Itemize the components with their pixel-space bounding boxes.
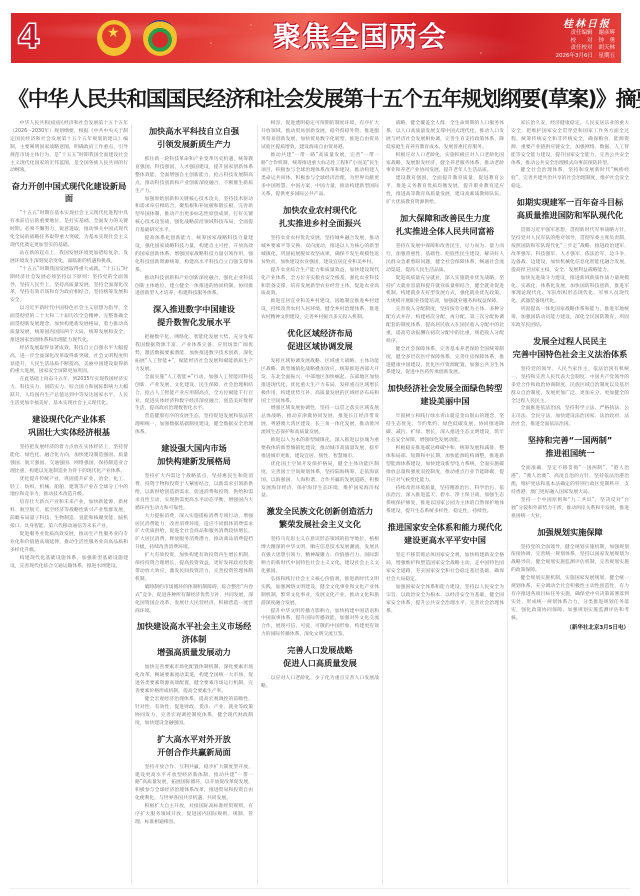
body-paragraph: 相容，促进透明稳定可预期的制度环境，有序扩大开放领域，推动贸易创新发展，稳外贸稳… bbox=[261, 120, 379, 152]
section-heading-line: 建设更高水平平安中国 bbox=[386, 534, 504, 547]
body-paragraph: 促进服务业优质高效发展，推动生产性服务业向专业化和价值链高端延伸，推动生活性服务… bbox=[10, 531, 128, 555]
credit-name: 谢彦辉 bbox=[598, 30, 615, 38]
credit-editor: 责任编辑 谢彦辉 bbox=[535, 30, 615, 38]
section-heading-line: 推进国家安全体系和能力现代化 bbox=[386, 521, 504, 534]
body-paragraph: 经济发展取得显著成效，科技自立自强水平大幅提高，进一步全面深化改革取得新突破，社… bbox=[10, 345, 128, 377]
credit-role: 责任编辑 bbox=[570, 30, 592, 38]
column-divider bbox=[131, 125, 132, 885]
body-paragraph: 巩固提高一体化国家战略体系和能力，推进军地统筹，加强国防动员能力建设，深化全民国… bbox=[511, 306, 629, 330]
section-heading: 建设强大国内市场加快构建新发展格局 bbox=[135, 442, 253, 468]
section-heading-line: 激发全民族文化创新创造活力 bbox=[261, 505, 379, 518]
text-column-3: 相容，促进透明稳定可预期的制度环境，有序扩大开放领域，推动贸易创新发展，稳外贸稳… bbox=[261, 120, 379, 691]
section-heading-line: 完善中国特色社会主义法治体系 bbox=[511, 348, 629, 361]
body-paragraph: 以习近平新时代中国特色社会主义思想为指导，全面贯彻党的二十大和二十届历次全会精神… bbox=[10, 305, 128, 345]
credit-role: 校 对 bbox=[570, 38, 592, 46]
section-heading-line: 加快高水平科技自立自强 bbox=[135, 125, 253, 138]
section-heading-line: 加快农业农村现代化 bbox=[261, 204, 379, 217]
body-paragraph: 优化国土空间开发保护格局，健全主体功能区制度，完善国土空间规划体系，坚持陆海统筹… bbox=[261, 461, 379, 501]
body-paragraph: 大力提振消费，深入实施提振消费专项行动，增强居民消费能力，改善消费环境，适应不同… bbox=[135, 513, 253, 553]
page-bottom-rule bbox=[10, 888, 630, 889]
body-paragraph: 优化提升传统产业，巩固提升矿业、冶金、化工、轻工、纺织、机械、船舶、建筑等产业在… bbox=[10, 476, 128, 500]
body-paragraph: 全面推进依法治国，坚持科学立法、严格执法、公正司法、全民守法，加快建设法治国家、… bbox=[511, 405, 629, 429]
body-paragraph: 健全社会保障体系，完善基本养老保险全国统筹制度，健全多层次医疗保障体系，完善住房… bbox=[386, 346, 504, 378]
body-paragraph: 把握数字化、网络化、智能化发展大势，充分发挥我国数据资源丰富、产业体系完备、应用… bbox=[135, 334, 253, 374]
section-heading-line: 发展全过程人民民主 bbox=[511, 335, 629, 348]
body-paragraph: 贯彻习近平强军思想，贯彻新时代军事战略方针，坚持党对人民军队的绝对领导，贯彻军委… bbox=[511, 227, 629, 274]
body-paragraph: 持续改善环境质量，坚持精准治污、科学治污、依法治污，深入推进蓝天、碧水、净土保卫… bbox=[386, 485, 504, 517]
section-heading-line: 扎实推进全体人民共同富裕 bbox=[386, 225, 504, 238]
newspaper-name: 桂林日报 bbox=[563, 15, 611, 30]
section-heading-line: 引领发展新质生产力 bbox=[135, 138, 253, 151]
body-paragraph: 中华人民共和国国民经济和社会发展第十五个五年（2026－2030年）规划纲要，根… bbox=[10, 120, 128, 175]
column-divider bbox=[257, 125, 258, 885]
section-heading-line: 完善人口发展战略 bbox=[261, 644, 379, 657]
body-paragraph: 建设教育强国，全面提升教育质量，促进教育公平，推进义务教育优质均衡发展，提升职业… bbox=[386, 175, 504, 207]
section-heading-line: 提升数智化发展水平 bbox=[135, 316, 253, 329]
body-paragraph: 构建现代化基础设施体系，加强新型基础设施建设，完善现代化综合交通运输体系，推进水… bbox=[10, 555, 128, 571]
body-paragraph: 培育壮大新兴产业和未来产业，加快新能源、新材料、航空航天、低空经济等战略性新兴产… bbox=[10, 499, 128, 531]
section-heading-line: 加快构建新发展格局 bbox=[135, 455, 253, 468]
credit-proofreader: 校 对 钟 勇 bbox=[535, 38, 615, 46]
body-paragraph: 推进以人为本的新型城镇化，深入推进以县城为重要载体的新型城镇化建设，推动城市高质… bbox=[261, 437, 379, 461]
section-heading-line: 建设美丽中国 bbox=[386, 395, 504, 408]
body-paragraph: “十五五”时期我国发展取得重大成就。“十五五”时期经济社会发展必须坚持以下原则：… bbox=[10, 266, 128, 306]
section-heading-line: 巩固壮大实体经济根基 bbox=[10, 426, 128, 439]
body-paragraph: 加快先进战斗力建设，推进新域新质作战力量规模化、实战化、体系化发展，加快国防科技… bbox=[511, 275, 629, 307]
section-heading-line: 扩大高水平对外开放 bbox=[135, 733, 253, 746]
section-heading-line: 加强规划实施保障 bbox=[511, 526, 629, 538]
body-paragraph: 积极稳妥推进碳达峰碳中和，统筹发展和减排、整体和局部、短期和中长期，加快能源结构… bbox=[386, 445, 504, 485]
section-heading-line: 如期实现建军一百年奋斗目标 bbox=[511, 196, 629, 209]
body-paragraph: 推进宜居宜业和美乡村建设，因地制宜推进乡村建设，持续改善农村人居环境，健全乡村治… bbox=[261, 298, 379, 322]
body-paragraph: 坚持一个中国原则和“九二共识”，坚决反对“台独”分裂和外部势力干涉，推动两岸关系… bbox=[511, 497, 629, 521]
body-paragraph: 推动共建“一带一路”高质量发展，完善“一带一路”合作机制，统筹推进重大标志性工程… bbox=[261, 152, 379, 199]
body-paragraph: 发挥区域协调发展战略、区域重大战略、主体功能区战略、新型城镇化战略叠加效应，统筹… bbox=[261, 358, 379, 405]
column-divider bbox=[507, 125, 508, 885]
body-paragraph: 加快完善要素市场化配置体制机制，深化要素市场化改革，畅通要素流动渠道，构建全国统… bbox=[135, 664, 253, 696]
body-paragraph: 健全规划实施机制，实施国家发展规划，健全统一规划体系，充分调动全社会积极性主动性… bbox=[511, 575, 629, 622]
body-paragraph: 促进高质量充分就业，深入实施就业优先战略，坚持扩大就业容量和提升就业质量相结合，… bbox=[386, 275, 504, 307]
body-paragraph: 坚持在发展中保障和改善民生，尽力而为、量力而行，加强普惠性、基础性、兜底性民生建… bbox=[386, 243, 504, 275]
body-paragraph: 坚持把发展经济的着力点放在实体经济上，坚持智能化、绿色化、融合化方向，加快建设制… bbox=[10, 444, 128, 476]
text-column-1: 中华人民共和国国民经济和社会发展第十五个五年（2026－2030年）规划纲要，根… bbox=[10, 120, 128, 571]
section-heading: 如期实现建军一百年奋斗目标高质量推进国防和军队现代化 bbox=[511, 196, 629, 222]
section-heading: 加快经济社会发展全面绿色转型建设美丽中国 bbox=[386, 382, 504, 408]
text-column-2: 加快高水平科技自立自强引领发展新质生产力抓住新一轮科技革命和产业变革历史机遇，统… bbox=[135, 120, 253, 827]
body-paragraph: 健全宏观经济治理体系，提高宏观调控的前瞻性、针对性、有效性，促进财政、货币、产业… bbox=[135, 696, 253, 728]
section-heading: 加快建设高水平社会主义市场经济体制增强高质量发展动力 bbox=[135, 620, 253, 659]
body-paragraph: 在此基础上再奋斗五年，到2035年实现我国经济实力、科技实力、国防实力、综合国力… bbox=[10, 376, 128, 408]
section-heading: 奋力开创中国式现代化建设新局面 bbox=[10, 180, 128, 204]
section-heading-line: 加快经济社会发展全面绿色转型 bbox=[386, 382, 504, 395]
section-heading: 发展全过程人民民主完善中国特色社会主义法治体系 bbox=[511, 335, 629, 361]
body-paragraph: 弘扬和践行社会主义核心价值观，推进新时代文明实践，加强网络文明建设，健全文化事业… bbox=[261, 576, 379, 608]
body-paragraph: 坚持农业农村优先发展，坚持城乡融合发展，推动城乡要素平等交换、双向流动，推进以人… bbox=[261, 235, 379, 267]
section-heading: 坚持和完善“一国两制”推进祖国统一 bbox=[511, 434, 629, 460]
body-paragraph: 提升中华文明传播力影响力，加快构建中国话语和中国叙事体系，提升国际传播效能，加强… bbox=[261, 608, 379, 640]
section-title: 聚焦全国两会 bbox=[273, 17, 447, 57]
section-heading-line: 建设现代化产业体系 bbox=[10, 413, 128, 426]
body-paragraph: 提升农业综合生产能力和质量效益，加快建设现代化产业体系，全方位夯实粮食安全根基，… bbox=[261, 267, 379, 299]
section-heading-line: 促进区域协调发展 bbox=[261, 340, 379, 353]
body-paragraph: 战略，健全覆盖全人群、全生命周期的人口服务体系，以人口高质量发展支撑中国式现代化… bbox=[386, 120, 504, 152]
section-heading-line: 增强高质量发展动力 bbox=[135, 646, 253, 659]
body-paragraph: 扩大有效投资，加快构建有效投资内生增长机制，保持投资合理增长，提高投资效益，更好… bbox=[135, 552, 253, 584]
column-divider bbox=[382, 125, 383, 885]
section-heading: 加快高水平科技自立自强引领发展新质生产力 bbox=[135, 125, 253, 151]
body-paragraph: 抓住新一轮科技革命和产业变革历史机遇，统筹教育强国、科技强国、人才强国建设，提升… bbox=[135, 156, 253, 196]
dateline: （新华社北京3月5日电） bbox=[511, 625, 629, 633]
body-paragraph: 家长治久安，经济健康稳定，人民安居乐业的重大安全，把维护国家安全贯穿党和国家工作… bbox=[511, 120, 629, 167]
section-heading: 深入推进数字中国建设提升数智化发展水平 bbox=[135, 303, 253, 329]
credit-name: 钟 勇 bbox=[598, 38, 615, 46]
body-paragraph: 站在新的起点上，我国发展环境更加错综复杂，发展环境发生深刻复杂变化，面临新的机遇… bbox=[10, 250, 128, 266]
body-paragraph: 破除制约市场循环的体制机制障碍，综合整治“内卷式”竞争，促进各种所有制经济优势互… bbox=[135, 584, 253, 616]
masthead-credits: 责任编辑 谢彦辉 校 对 钟 勇 责任校对 胡天林 2026年3月6日 星期五 bbox=[535, 30, 615, 60]
section-heading: 激发全民族文化创新创造活力繁荣发展社会主义文化 bbox=[261, 505, 379, 531]
section-heading: 扩大高水平对外开放开创合作共赢新局面 bbox=[135, 733, 253, 759]
body-paragraph: 提高体系化创新能力，统筹国家战略科技力量建设，强化国家战略科技力量，构建自主可控… bbox=[135, 235, 253, 275]
section-heading: 推进国家安全体系和能力现代化建设更高水平平安中国 bbox=[386, 521, 504, 547]
body-paragraph: 坚持党的领导、人民当家作主、依法治国有机统一，坚持和完善人民代表大会制度、中国共… bbox=[511, 366, 629, 406]
section-heading-line: 高质量推进国防和军队现代化 bbox=[511, 209, 629, 222]
body-paragraph: 坚定不移贯彻总体国家安全观，加快构建新安全格局，增强维护和塑造国家安全战略主动，… bbox=[386, 552, 504, 584]
article-headline: 《中华人民共和国国民经济和社会发展第十五个五年规划纲要(草案)》摘要 bbox=[8, 82, 634, 116]
section-heading-line: 优化区域经济布局 bbox=[261, 327, 379, 340]
body-paragraph: 完善收入分配制度，坚持按劳分配为主体、多种分配方式并存，构建初次分配、再分配、第… bbox=[386, 306, 504, 346]
date-text: 2026年3月6日 星期五 bbox=[556, 53, 616, 61]
national-emblem-icon bbox=[97, 20, 131, 56]
section-heading-line: 繁荣发展社会主义文化 bbox=[261, 518, 379, 531]
section-heading-line: 深入推进数字中国建设 bbox=[135, 303, 253, 316]
body-paragraph: 推动科技创新和产业创新深度融合，强化企业科技创新主体地位，建立健全一体推进的协同… bbox=[135, 275, 253, 299]
body-paragraph: 坚持开放合作、互利共赢，稳步扩大制度型开放，建设更高水平开放型经济新体制，推动共… bbox=[135, 764, 253, 804]
cppcc-emblem-icon bbox=[143, 20, 177, 56]
section-heading-line: 坚持和完善“一国两制” bbox=[511, 434, 629, 447]
body-paragraph: 坚持扩大内需这个战略基点，坚持惠民生和促消费、投资于物和投资于人紧密结合，以新需… bbox=[135, 473, 253, 513]
body-paragraph: 以应对人口老龄化、少子化为重点完善人口发展战略。 bbox=[261, 675, 379, 691]
section-heading: 加强规划实施保障 bbox=[511, 526, 629, 538]
section-heading-line: 加大保障和改善民生力度 bbox=[386, 212, 504, 225]
section-heading-line: 加快建设高水平社会主义市场经济体制 bbox=[135, 620, 253, 646]
credit-checker: 责任校对 胡天林 bbox=[535, 45, 615, 53]
body-paragraph: 全面准确、坚定不移贯彻“一国两制”、“港人治港”、“澳人治澳”、高度自治的方针，… bbox=[511, 465, 629, 497]
body-paragraph: 健全社会治理体系，坚持和发展新时代“枫桥经验”，完善共建共治共享的社会治理制度，… bbox=[511, 167, 629, 191]
body-paragraph: “十五五”时期在基本实现社会主义现代化进程中具有承前启后的重要地位，是打实基础、… bbox=[10, 210, 128, 250]
section-heading-line: 扎实推进乡村全面振兴 bbox=[261, 217, 379, 230]
section-heading: 建设现代化产业体系巩固壮大实体经济根基 bbox=[10, 413, 128, 439]
page-number: 4 bbox=[17, 17, 41, 57]
section-heading-line: 开创合作共赢新局面 bbox=[135, 746, 253, 759]
text-column-4: 战略，健全覆盖全人群、全生命周期的人口服务体系，以人口高质量发展支撑中国式现代化… bbox=[386, 120, 504, 615]
section-banner: 4 聚焦全国两会 桂林日报 责任编辑 谢彦辉 校 对 钟 勇 责任校对 胡天林 … bbox=[11, 13, 621, 63]
body-paragraph: 积极应对人口老龄化，实施积极应对人口老龄化国家战略，发展银发经济，健全养老服务体… bbox=[386, 152, 504, 176]
credit-name: 胡天林 bbox=[598, 45, 615, 53]
section-heading-line: 奋力开创中国式现代化建设新局面 bbox=[10, 180, 128, 204]
body-paragraph: 坚持党的全面领导，健全规划实施机制，加强规划衔接协调，完善统一规划体系，坚持以国… bbox=[511, 544, 629, 576]
section-heading-line: 促进人口高质量发展 bbox=[261, 657, 379, 670]
body-paragraph: 坚持马克思主义在意识形态领域的指导地位，植根博大精深的中华文明，顺应信息技术发展… bbox=[261, 536, 379, 576]
body-paragraph: 积极扩大自主开放，对接国际高标准经贸规则，有序扩大服务领域开放，促进国内国际规则… bbox=[135, 803, 253, 827]
credit-role: 责任校对 bbox=[570, 45, 592, 53]
section-heading: 完善人口发展战略促进人口高质量发展 bbox=[261, 644, 379, 670]
section-heading-line: 建设强大国内市场 bbox=[135, 442, 253, 455]
body-paragraph: 加强原始创新和关键核心技术攻关，坚持技术驱动和需求牵引相结合，聚焦根和补短板和锻… bbox=[135, 196, 253, 236]
section-heading: 加大保障和改善民生力度扎实推进全体人民共同富裕 bbox=[386, 212, 504, 238]
section-heading: 优化区域经济布局促进区域协调发展 bbox=[261, 327, 379, 353]
body-paragraph: 加强国家安全体系和能力建设，坚持以人民安全为宗旨、以政治安全为根本、以经济安全为… bbox=[386, 584, 504, 616]
section-heading-line: 推进祖国统一 bbox=[511, 447, 629, 460]
body-paragraph: 增强区域发展协调性，坚持一以贯之落实区域发展总体战略，推动京津冀协同发展，推进长… bbox=[261, 405, 379, 437]
body-paragraph: 全面实施“人工智能+”行动，加强人工智能同科技创新、产业发展、文化建设、民生保障… bbox=[135, 374, 253, 414]
body-paragraph: 牢固树立和践行绿水青山就是金山银山的理念，坚持生态优先、节约集约、绿色低碳发展，… bbox=[386, 413, 504, 445]
issue-date: 2026年3月6日 星期五 bbox=[535, 53, 615, 61]
body-paragraph: 营造健康有序的发展生态，坚持促进发展和依法管理相统一，加强数据基础制度建设，健全… bbox=[135, 413, 253, 437]
text-column-5: 家长治久安，经济健康稳定，人民安居乐业的重大安全，把维护国家安全贯穿党和国家工作… bbox=[511, 120, 629, 633]
section-heading: 加快农业农村现代化扎实推进乡村全面振兴 bbox=[261, 204, 379, 230]
